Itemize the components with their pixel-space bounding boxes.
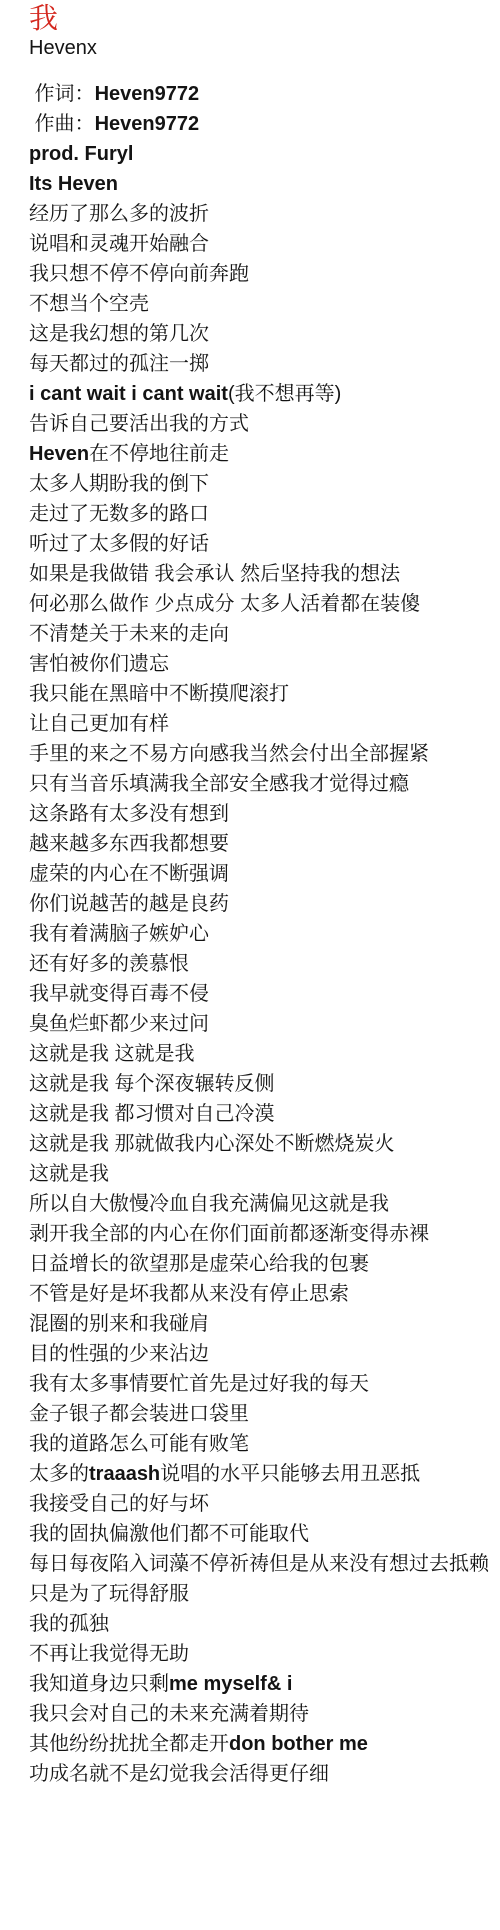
lyric-line: 功成名就不是幻觉我会活得更仔细 [29,1759,500,1789]
latin-text: Heven [29,443,89,465]
lyric-line: 我只能在黑暗中不断摸爬滚打 [29,679,500,709]
lyric-line: 每日每夜陷入词藻不停祈祷但是从来没有想过去抵赖 [29,1549,500,1579]
lyric-line: 虚荣的内心在不断强调 [29,859,500,889]
lyric-line: 只有当音乐填满我全部安全感我才觉得过瘾 [29,769,500,799]
lyric-line: 不想当个空壳 [29,289,500,319]
lyric-line: 金子银子都会装进口袋里 [29,1399,500,1429]
lyric-line: 不清楚关于未来的走向 [29,619,500,649]
lyric-line: 我早就变得百毒不侵 [29,979,500,1009]
lyric-line: 走过了无数多的路口 [29,499,500,529]
latin-text: i cant wait i cant wait [29,383,228,405]
lyric-line: 作曲：Heven9772 [29,109,500,139]
lyric-line: 这就是我 都习惯对自己冷漠 [29,1099,500,1129]
lyric-line: 我知道身边只剩me myself& i [29,1669,500,1699]
lyric-line: 所以自大傲慢冷血自我充满偏见这就是我 [29,1189,500,1219]
lyric-line: 你们说越苦的越是良药 [29,889,500,919]
lyric-line: 这是我幻想的第几次 [29,319,500,349]
lyric-line: 这就是我 这就是我 [29,1039,500,1069]
lyric-line: 作词：Heven9772 [29,79,500,109]
lyric-line: 这就是我 [29,1159,500,1189]
artist-name: Hevenx [29,36,500,60]
lyric-line: 日益增长的欲望那是虚荣心给我的包裹 [29,1249,500,1279]
lyric-line: 我有太多事情要忙首先是过好我的每天 [29,1369,500,1399]
lyric-line: 不管是好是坏我都从来没有停止思索 [29,1279,500,1309]
lyric-line: 我只会对自己的未来充满着期待 [29,1699,500,1729]
lyric-line: i cant wait i cant wait(我不想再等) [29,379,500,409]
lyric-line: 经历了那么多的波折 [29,199,500,229]
latin-text: Its Heven [29,173,118,195]
lyric-line: 听过了太多假的好话 [29,529,500,559]
lyric-line: 我有着满脑子嫉妒心 [29,919,500,949]
song-title: 我 [29,2,500,36]
lyric-line: 臭鱼烂虾都少来过问 [29,1009,500,1039]
lyric-line: 混圈的别来和我碰肩 [29,1309,500,1339]
latin-text: Heven9772 [95,83,200,105]
lyrics-block: 作词：Heven9772 作曲：Heven9772prod. FurylIts … [29,79,500,1789]
lyric-line: 太多的traaash说唱的水平只能够去用丑恶抵 [29,1459,500,1489]
lyric-line: 如果是我做错 我会承认 然后坚持我的想法 [29,559,500,589]
lyric-line: 这条路有太多没有想到 [29,799,500,829]
latin-text: me myself& i [169,1673,292,1695]
lyric-line: 手里的来之不易方向感我当然会付出全部握紧 [29,739,500,769]
lyric-line: 只是为了玩得舒服 [29,1579,500,1609]
lyric-line: 太多人期盼我的倒下 [29,469,500,499]
lyric-line: 还有好多的羡慕恨 [29,949,500,979]
lyric-line: 每天都过的孤注一掷 [29,349,500,379]
lyric-line: 我接受自己的好与坏 [29,1489,500,1519]
lyric-line: 让自己更加有样 [29,709,500,739]
lyric-line: 说唱和灵魂开始融合 [29,229,500,259]
latin-text: don bother me [229,1733,368,1755]
lyric-line: 不再让我觉得无助 [29,1639,500,1669]
lyric-line: 告诉自己要活出我的方式 [29,409,500,439]
lyrics-page: 我 Hevenx 作词：Heven9772 作曲：Heven9772prod. … [0,0,500,1789]
lyric-line: Its Heven [29,169,500,199]
latin-text: Heven9772 [95,113,200,135]
lyric-line: 我的孤独 [29,1609,500,1639]
lyric-line: 这就是我 每个深夜辗转反侧 [29,1069,500,1099]
lyric-line: Heven在不停地往前走 [29,439,500,469]
latin-text: traaash [89,1463,160,1485]
lyric-line: 这就是我 那就做我内心深处不断燃烧炭火 [29,1129,500,1159]
lyric-line: 我只想不停不停向前奔跑 [29,259,500,289]
lyric-line: 其他纷纷扰扰全都走开don bother me [29,1729,500,1759]
lyric-line: 我的道路怎么可能有败笔 [29,1429,500,1459]
lyric-line: 我的固执偏激他们都不可能取代 [29,1519,500,1549]
lyric-line: 剥开我全部的内心在你们面前都逐渐变得赤裸 [29,1219,500,1249]
lyric-line: prod. Furyl [29,139,500,169]
lyric-line: 何必那么做作 少点成分 太多人活着都在装傻 [29,589,500,619]
lyric-line: 目的性强的少来沾边 [29,1339,500,1369]
lyric-line: 越来越多东西我都想要 [29,829,500,859]
latin-text: prod. Furyl [29,143,133,165]
lyric-line: 害怕被你们遗忘 [29,649,500,679]
